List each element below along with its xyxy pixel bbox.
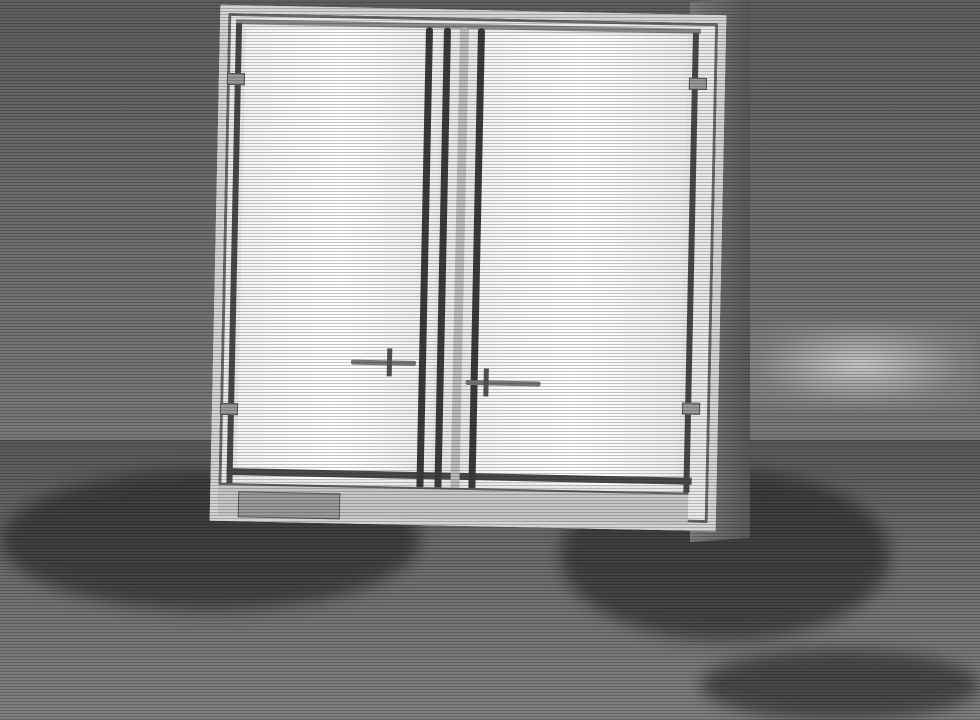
left-cargo-door [237,27,441,481]
hinge-icon [227,73,245,85]
right-cargo-door [469,32,688,486]
license-plate [238,491,341,519]
lock-bar [450,28,469,498]
photo-scene [0,0,980,720]
handle-grip [483,368,489,396]
ground-shadow [700,650,980,720]
handle-grip [387,348,393,376]
truck-rear [210,5,727,531]
light-reflection [740,320,980,410]
hinge-icon [220,403,238,415]
hinge-icon [689,78,707,90]
hinge-icon [682,403,700,415]
